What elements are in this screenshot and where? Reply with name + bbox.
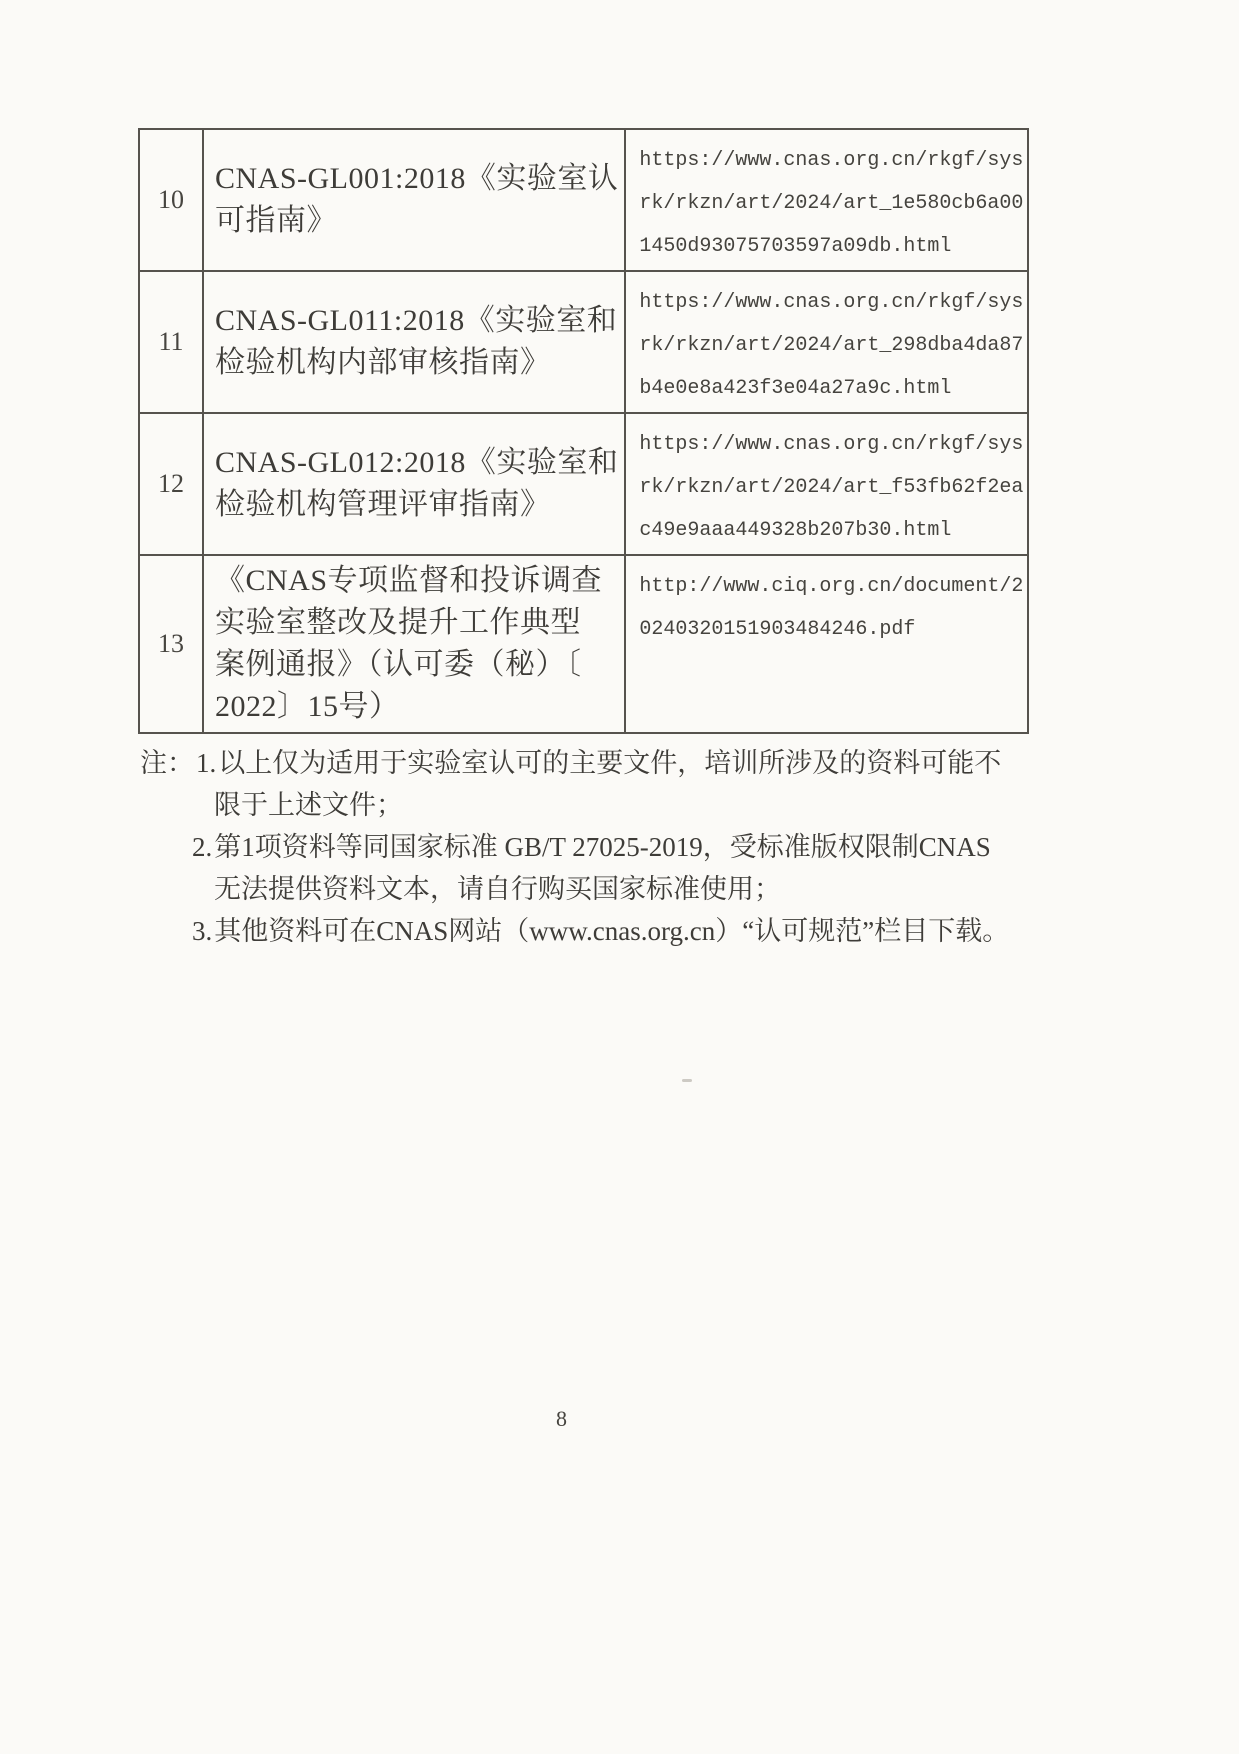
reference-table: 10 CNAS-GL001:2018《实验室认 可指南》 https://www… xyxy=(138,128,1029,734)
document-title-line: 实验室整改及提升工作典型 xyxy=(215,602,618,644)
note-line: 无法提供资料文本，请自行购买国家标准使用； xyxy=(140,868,1009,910)
scan-artifact xyxy=(682,1079,692,1082)
note-number: 3. xyxy=(192,916,214,946)
document-url-cell: https://www.cnas.org.cn/rkgf/sys rk/rkzn… xyxy=(625,271,1028,413)
document-title-cell: CNAS-GL011:2018《实验室和 检验机构内部审核指南》 xyxy=(203,271,625,413)
row-index-cell: 10 xyxy=(139,129,203,271)
document-page: 10 CNAS-GL001:2018《实验室认 可指南》 https://www… xyxy=(0,0,1239,1754)
table-row: 12 CNAS-GL012:2018《实验室和 检验机构管理评审指南》 http… xyxy=(139,413,1028,555)
url-line: https://www.cnas.org.cn/rkgf/sys xyxy=(639,281,1025,324)
document-title-line: CNAS-GL012:2018《实验室和 xyxy=(215,442,618,484)
url-line: c49e9aaa449328b207b30.html xyxy=(639,509,1025,552)
url-line: rk/rkzn/art/2024/art_298dba4da87 xyxy=(639,324,1025,367)
row-index-cell: 12 xyxy=(139,413,203,555)
document-title-line: 检验机构内部审核指南》 xyxy=(215,342,618,384)
note-line: 注：1.以上仅为适用于实验室认可的主要文件，培训所涉及的资料可能不 xyxy=(140,742,1009,784)
notes-section: 注：1.以上仅为适用于实验室认可的主要文件，培训所涉及的资料可能不 限于上述文件… xyxy=(140,742,1009,952)
page-number: 8 xyxy=(138,1406,985,1432)
note-number: 1. xyxy=(196,748,218,778)
table-row: 13 《CNAS专项监督和投诉调查 实验室整改及提升工作典型 案例通报》（认可委… xyxy=(139,555,1028,733)
notes-label: 注： xyxy=(140,742,196,784)
row-index-cell: 11 xyxy=(139,271,203,413)
document-title-cell: CNAS-GL012:2018《实验室和 检验机构管理评审指南》 xyxy=(203,413,625,555)
document-url-cell: http://www.ciq.org.cn/document/2 0240320… xyxy=(625,555,1028,733)
document-title-line: 可指南》 xyxy=(215,200,618,242)
document-url-cell: https://www.cnas.org.cn/rkgf/sys rk/rkzn… xyxy=(625,129,1028,271)
note-number: 2. xyxy=(192,832,214,862)
note-text: 以上仅为适用于实验室认可的主要文件，培训所涉及的资料可能不 xyxy=(218,748,1001,778)
note-text: 其他资料可在CNAS网站（www.cnas.org.cn）“认可规范”栏目下载。 xyxy=(214,916,1009,946)
note-line: 2.第1项资料等同国家标准 GB/T 27025-2019，受标准版权限制CNA… xyxy=(140,826,1009,868)
note-text: 第1项资料等同国家标准 GB/T 27025-2019，受标准版权限制CNAS xyxy=(214,832,991,862)
document-title-line: CNAS-GL001:2018《实验室认 xyxy=(215,158,618,200)
document-title-line: 2022〕15号） xyxy=(215,686,618,728)
row-index-cell: 13 xyxy=(139,555,203,733)
url-line: 1450d93075703597a09db.html xyxy=(639,225,1025,268)
note-line: 限于上述文件； xyxy=(140,784,1009,826)
document-title-cell: 《CNAS专项监督和投诉调查 实验室整改及提升工作典型 案例通报》（认可委（秘）… xyxy=(203,555,625,733)
url-line: http://www.ciq.org.cn/document/2 xyxy=(639,565,1025,608)
table-row: 11 CNAS-GL011:2018《实验室和 检验机构内部审核指南》 http… xyxy=(139,271,1028,413)
document-url-cell: https://www.cnas.org.cn/rkgf/sys rk/rkzn… xyxy=(625,413,1028,555)
url-line: rk/rkzn/art/2024/art_f53fb62f2ea xyxy=(639,466,1025,509)
document-title-line: 《CNAS专项监督和投诉调查 xyxy=(215,560,618,602)
url-line: https://www.cnas.org.cn/rkgf/sys xyxy=(639,139,1025,182)
url-line: rk/rkzn/art/2024/art_1e580cb6a00 xyxy=(639,182,1025,225)
note-line: 3.其他资料可在CNAS网站（www.cnas.org.cn）“认可规范”栏目下… xyxy=(140,910,1009,952)
document-title-line: 案例通报》（认可委（秘）〔 xyxy=(215,644,618,686)
url-line: https://www.cnas.org.cn/rkgf/sys xyxy=(639,423,1025,466)
document-title-line: 检验机构管理评审指南》 xyxy=(215,484,618,526)
table-row: 10 CNAS-GL001:2018《实验室认 可指南》 https://www… xyxy=(139,129,1028,271)
url-line: b4e0e8a423f3e04a27a9c.html xyxy=(639,367,1025,410)
document-title-line: CNAS-GL011:2018《实验室和 xyxy=(215,300,618,342)
document-title-cell: CNAS-GL001:2018《实验室认 可指南》 xyxy=(203,129,625,271)
url-line: 0240320151903484246.pdf xyxy=(639,608,1025,651)
